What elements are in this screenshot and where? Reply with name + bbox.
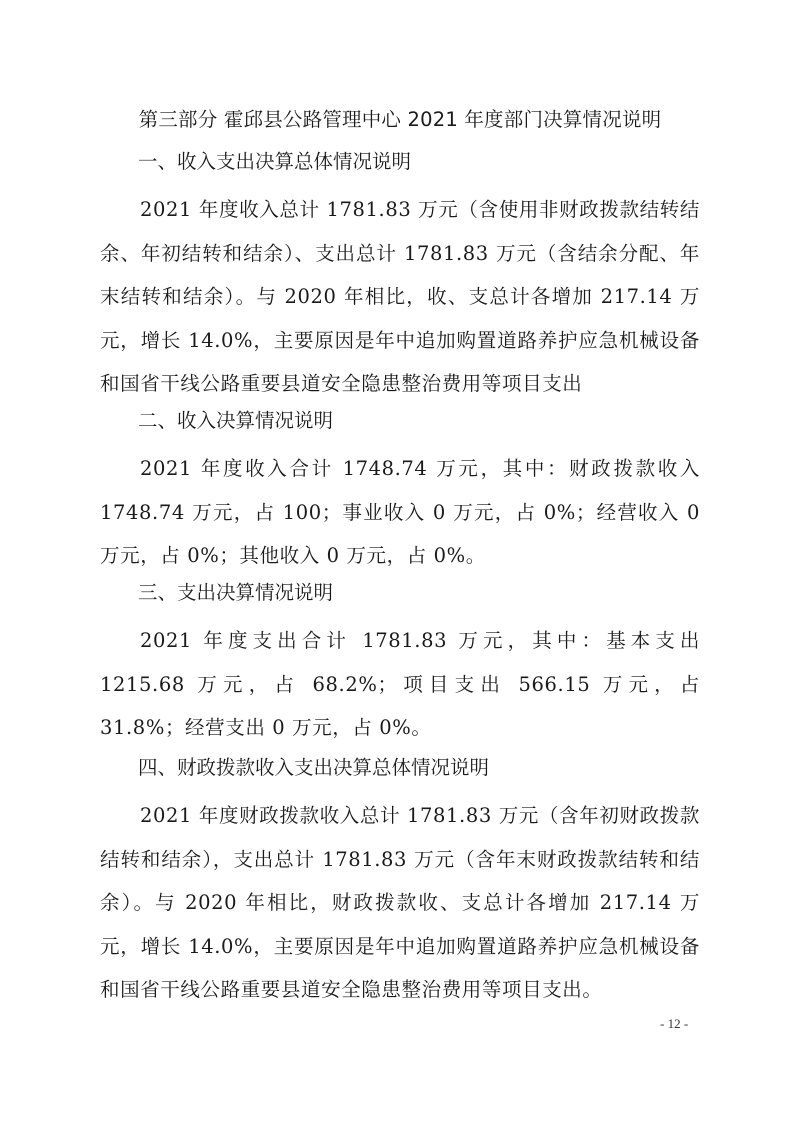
- section-overview: 一、收入支出决算总体情况说明 2021 年度收入总计 1781.83 万元（含使…: [100, 146, 700, 406]
- section-heading: 四、财政拨款收入支出决算总体情况说明: [100, 752, 700, 784]
- section-income: 二、收入决算情况说明 2021 年度收入合计 1748.74 万元，其中：财政拨…: [100, 405, 700, 578]
- section-expenditure: 三、支出决算情况说明 2021 年度支出合计 1781.83 万元，其中：基本支…: [100, 577, 700, 750]
- section-heading: 二、收入决算情况说明: [100, 405, 700, 437]
- page-number: - 12 -: [660, 1016, 688, 1032]
- document-page: 第三部分 霍邱县公路管理中心 2021 年度部门决算情况说明 一、收入支出决算总…: [0, 0, 793, 1122]
- section-paragraph: 2021 年度收入总计 1781.83 万元（含使用非财政拨款结转结余、年初结转…: [100, 188, 700, 406]
- section-heading: 三、支出决算情况说明: [100, 577, 700, 609]
- section-heading: 一、收入支出决算总体情况说明: [100, 146, 700, 178]
- section-paragraph: 2021 年度收入合计 1748.74 万元，其中：财政拨款收入 1748.74…: [100, 447, 700, 578]
- section-fiscal-appropriation: 四、财政拨款收入支出决算总体情况说明 2021 年度财政拨款收入总计 1781.…: [100, 752, 700, 1012]
- document-title: 第三部分 霍邱县公路管理中心 2021 年度部门决算情况说明: [100, 104, 700, 136]
- section-paragraph: 2021 年度支出合计 1781.83 万元，其中：基本支出 1215.68 万…: [100, 619, 700, 750]
- section-paragraph: 2021 年度财政拨款收入总计 1781.83 万元（含年初财政拨款结转和结余）…: [100, 794, 700, 1012]
